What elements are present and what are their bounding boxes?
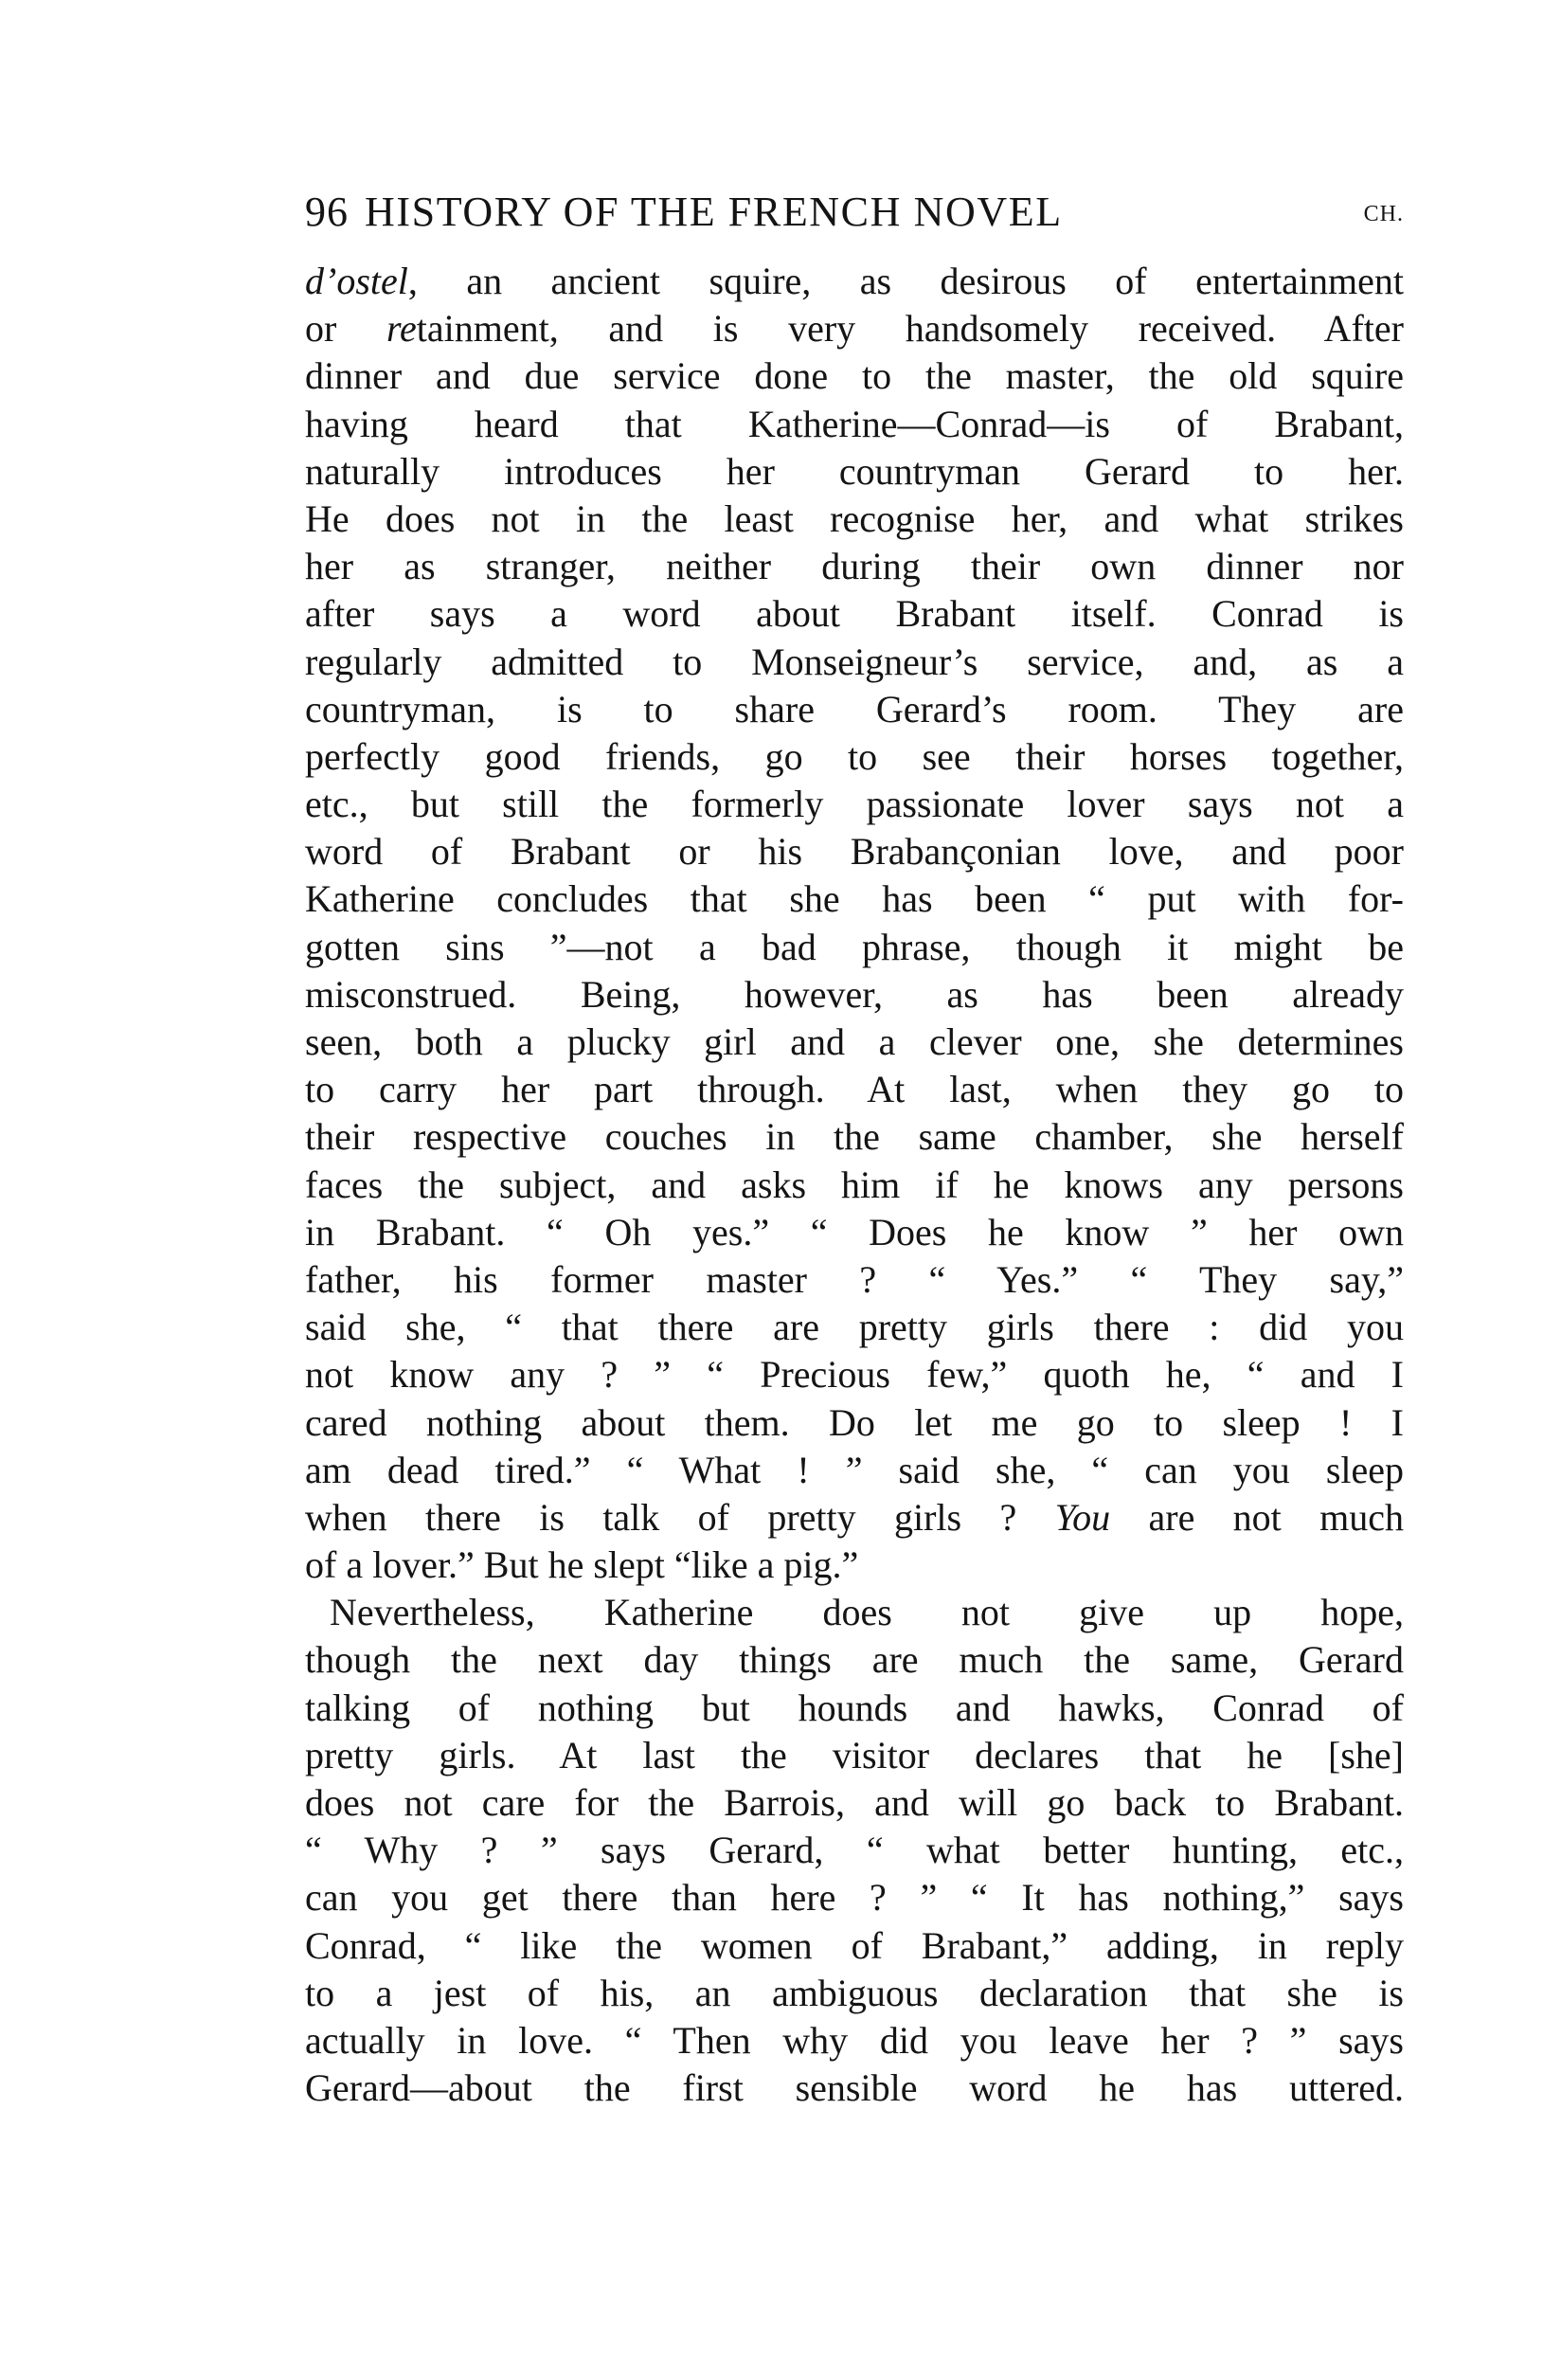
text-line: in Brabant. “ Oh yes.” “ Does he know ” … [305,1209,1404,1256]
text-line: or retainment, and is very handsomely re… [305,305,1404,352]
text-line: regularly admitted to Monseigneur’s serv… [305,639,1404,686]
text-line: Conrad, “ like the women of Brabant,” ad… [305,1922,1404,1970]
body-text: d’ostel, an ancient squire, as desirous … [305,258,1404,2112]
text-segment: after says a word about Brabant itself. … [305,592,1404,635]
italic-text: d’ostel [305,260,408,302]
text-line: am dead tired.” “ What ! ” said she, “ c… [305,1447,1404,1494]
text-segment: Nevertheless, Katherine does not give up… [330,1591,1404,1633]
text-line: not know any ? ” “ Precious few,” quoth … [305,1351,1404,1398]
text-line: etc., but still the formerly passionate … [305,781,1404,828]
text-line: Gerard—about the first sensible word he … [305,2064,1404,2112]
text-line: countryman, is to share Gerard’s room. T… [305,686,1404,733]
text-segment: though the next day things are much the … [305,1638,1404,1681]
text-line: seen, both a plucky girl and a clever on… [305,1019,1404,1066]
text-segment: faces the subject, and asks him if he kn… [305,1163,1404,1206]
text-segment: does not care for the Barrois, and will … [305,1781,1404,1824]
text-segment: gotten sins ”—not a bad phrase, though i… [305,926,1404,968]
chapter-abbreviation: CH. [1364,188,1404,241]
text-line: of a lover.” But he slept “like a pig.” [305,1542,1404,1589]
text-line: actually in love. “ Then why did you lea… [305,2017,1404,2064]
text-segment: regularly admitted to Monseigneur’s serv… [305,640,1404,683]
text-line: “ Why ? ” says Gerard, “ what better hun… [305,1827,1404,1874]
text-segment: He does not in the least recognise her, … [305,497,1404,540]
text-segment: to a jest of his, an ambiguous declarati… [305,1972,1404,2014]
text-segment: not know any ? ” “ Precious few,” quoth … [305,1353,1404,1396]
text-segment: can you get there than here ? ” “ It has… [305,1876,1404,1919]
text-segment: countryman, is to share Gerard’s room. T… [305,688,1404,730]
text-segment: father, his former master ? “ Yes.” “ Th… [305,1258,1404,1301]
text-segment: said she, “ that there are pretty girls … [305,1306,1404,1348]
text-line: to carry her part through. At last, when… [305,1066,1404,1113]
text-segment: perfectly good friends, go to see their … [305,735,1404,778]
text-line: naturally introduces her countryman Gera… [305,448,1404,496]
text-segment: actually in love. “ Then why did you lea… [305,2019,1404,2062]
text-line: dinner and due service done to the maste… [305,352,1404,400]
text-line: d’ostel, an ancient squire, as desirous … [305,258,1404,305]
text-segment: in Brabant. “ Oh yes.” “ Does he know ” … [305,1211,1404,1253]
text-line: He does not in the least recognise her, … [305,496,1404,543]
text-segment: when there is talk of pretty girls ? [305,1496,1055,1539]
text-line: perfectly good friends, go to see their … [305,733,1404,781]
text-line: father, his former master ? “ Yes.” “ Th… [305,1256,1404,1304]
text-segment: “ Why ? ” says Gerard, “ what better hun… [305,1829,1404,1871]
text-line: though the next day things are much the … [305,1636,1404,1684]
text-line: can you get there than here ? ” “ It has… [305,1874,1404,1921]
text-line: word of Brabant or his Brabançonian love… [305,828,1404,875]
text-line: having heard that Katherine—Conrad—is of… [305,401,1404,448]
text-line: cared nothing about them. Do let me go t… [305,1399,1404,1447]
text-segment: their respective couches in the same cha… [305,1115,1404,1158]
text-line: gotten sins ”—not a bad phrase, though i… [305,924,1404,971]
text-segment: pretty girls. At last the visitor declar… [305,1734,1404,1776]
text-segment: are not much [1110,1496,1404,1539]
text-segment: cared nothing about them. Do let me go t… [305,1401,1404,1444]
text-line: after says a word about Brabant itself. … [305,590,1404,638]
text-segment: naturally introduces her countryman Gera… [305,450,1404,493]
text-segment: etc., but still the formerly passionate … [305,783,1404,825]
text-segment: , an ancient squire, as desirous of ente… [408,260,1404,302]
text-segment: dinner and due service done to the maste… [305,354,1404,397]
text-segment: or [305,307,386,350]
text-line: to a jest of his, an ambiguous declarati… [305,1970,1404,2017]
text-segment: Katherine concludes that she has been “ … [305,877,1404,920]
text-segment: talking of nothing but hounds and hawks,… [305,1686,1404,1729]
running-title: HISTORY OF THE FRENCH NOVEL [365,186,1063,239]
text-segment: having heard that Katherine—Conrad—is of… [305,403,1404,445]
page-number: 96 [305,186,349,239]
text-segment: seen, both a plucky girl and a clever on… [305,1020,1404,1063]
text-segment: Conrad, “ like the women of Brabant,” ad… [305,1924,1404,1967]
text-segment: Gerard—about the first sensible word he … [305,2066,1404,2109]
text-segment: of a lover.” But he slept “like a pig.” [305,1543,858,1586]
text-line: Katherine concludes that she has been “ … [305,875,1404,923]
text-segment: to carry her part through. At last, when… [305,1068,1404,1110]
running-head: 96 HISTORY OF THE FRENCH NOVEL CH. [305,186,1404,239]
italic-text: re [386,307,417,350]
text-segment: am dead tired.” “ What ! ” said she, “ c… [305,1449,1404,1491]
text-line: Nevertheless, Katherine does not give up… [305,1589,1404,1636]
text-line: when there is talk of pretty girls ? You… [305,1494,1404,1542]
text-line: pretty girls. At last the visitor declar… [305,1732,1404,1779]
text-line: her as stranger, neither during their ow… [305,543,1404,590]
text-line: their respective couches in the same cha… [305,1113,1404,1161]
text-line: faces the subject, and asks him if he kn… [305,1162,1404,1209]
italic-text: You [1055,1496,1111,1539]
text-line: misconstrued. Being, however, as has bee… [305,971,1404,1019]
text-segment: tainment, and is very handsomely receive… [417,307,1404,350]
text-segment: misconstrued. Being, however, as has bee… [305,973,1404,1016]
text-segment: word of Brabant or his Brabançonian love… [305,830,1404,873]
text-line: said she, “ that there are pretty girls … [305,1304,1404,1351]
text-line: talking of nothing but hounds and hawks,… [305,1685,1404,1732]
text-segment: her as stranger, neither during their ow… [305,545,1404,587]
text-line: does not care for the Barrois, and will … [305,1779,1404,1827]
